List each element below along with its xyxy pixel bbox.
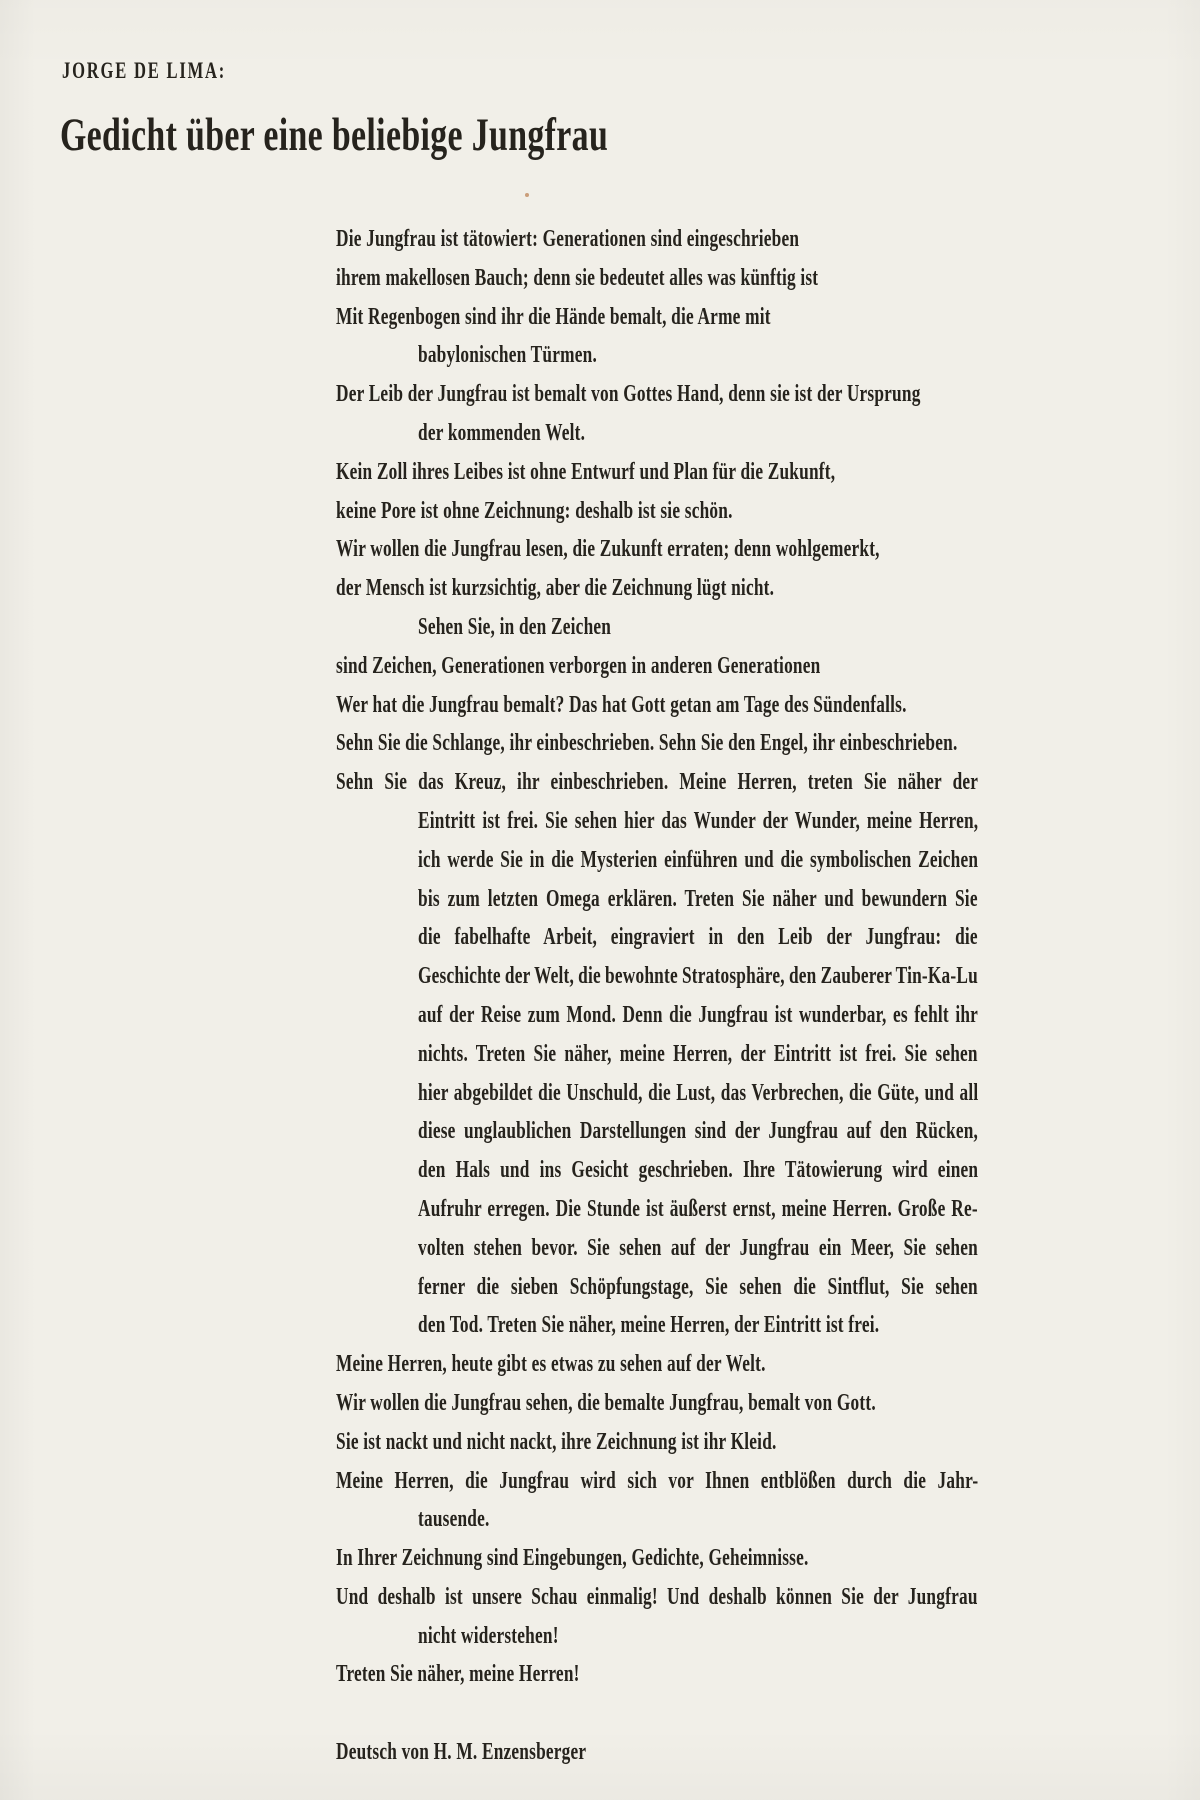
poem-line: Sehn Sie das Kreuz, ihr einbeschrieben. … (336, 763, 1200, 802)
poem-line-text: Sie ist nackt und nicht nackt, ihre Zeic… (336, 1423, 777, 1462)
scanned-poem-page: JORGE DE LIMA: Gedicht über eine beliebi… (0, 0, 1200, 1800)
poem-line: hier abgebildet die Unschuld, die Lust, … (336, 1074, 1200, 1113)
poem-line-text: sind Zeichen, Generationen verborgen in … (336, 647, 820, 686)
poem-line: ich werde Sie in die Mysterien einführen… (336, 841, 1200, 880)
poem-line-text: nichts. Treten Sie näher, meine Herren, … (418, 1035, 978, 1074)
poem-line: Und deshalb ist unsere Schau einmalig! U… (336, 1578, 1200, 1617)
poem-line-text: Und deshalb ist unsere Schau einmalig! U… (336, 1578, 978, 1617)
poem-line: die fabelhafte Arbeit, eingraviert in de… (336, 918, 1200, 957)
poem-line-text: auf der Reise zum Mond. Denn die Jungfra… (418, 996, 978, 1035)
poem-line: ihrem makellosen Bauch; denn sie bedeute… (336, 259, 1200, 298)
poem-line-text: Geschichte der Welt, die bewohnte Strato… (418, 957, 978, 996)
poem-line: Sehn Sie die Schlange, ihr einbeschriebe… (336, 724, 1200, 763)
poem-line-text: Sehn Sie das Kreuz, ihr einbeschrieben. … (336, 763, 978, 802)
poem-line-text: ich werde Sie in die Mysterien einführen… (418, 841, 978, 880)
poem-line: Aufruhr erregen. Die Stunde ist äußerst … (336, 1190, 1200, 1229)
paper-speck (525, 193, 529, 197)
poem-line-text: Der Leib der Jungfrau ist bemalt von Got… (336, 375, 921, 414)
poem-line: Mit Regenbogen sind ihr die Hände bemalt… (336, 298, 1200, 337)
poem-line-text: der Mensch ist kurzsichtig, aber die Zei… (336, 569, 774, 608)
poem-line-text: Die Jungfrau ist tätowiert: Generationen… (336, 220, 799, 259)
poem-line-text: keine Pore ist ohne Zeichnung: deshalb i… (336, 492, 733, 531)
poem-line: diese unglaublichen Darstellungen sind d… (336, 1112, 1200, 1151)
poem-line-text: Treten Sie näher, meine Herren! (336, 1655, 580, 1694)
poem-line-text: Wer hat die Jungfrau bemalt? Das hat Got… (336, 686, 907, 725)
poem-line-text: der kommenden Welt. (418, 414, 585, 453)
poem-line: Kein Zoll ihres Leibes ist ohne Entwurf … (336, 453, 1200, 492)
poem-line-text: Sehen Sie, in den Zeichen (418, 608, 611, 647)
poem-line: Geschichte der Welt, die bewohnte Strato… (336, 957, 1200, 996)
poem-line: der kommenden Welt. (336, 414, 1200, 453)
poem-line-text: Sehn Sie die Schlange, ihr einbeschriebe… (336, 724, 957, 763)
poem-line-text: hier abgebildet die Unschuld, die Lust, … (418, 1074, 978, 1113)
poem-line-text: ferner die sieben Schöpfungstage, Sie se… (418, 1268, 978, 1307)
poem-line: volten stehen bevor. Sie sehen auf der J… (336, 1229, 1200, 1268)
poem-line-text: Meine Herren, heute gibt es etwas zu seh… (336, 1345, 766, 1384)
poem-line: Sehen Sie, in den Zeichen (336, 608, 1200, 647)
author-kicker: JORGE DE LIMA: (62, 58, 290, 84)
poem-line-text: den Tod. Treten Sie näher, meine Herren,… (418, 1306, 879, 1345)
poem-line: den Tod. Treten Sie näher, meine Herren,… (336, 1306, 1200, 1345)
poem-line: tausende. (336, 1500, 1200, 1539)
poem-line: der Mensch ist kurzsichtig, aber die Zei… (336, 569, 1200, 608)
poem-line: Der Leib der Jungfrau ist bemalt von Got… (336, 375, 1200, 414)
poem-line: den Hals und ins Gesicht geschrieben. Ih… (336, 1151, 1200, 1190)
page-title: Gedicht über eine beliebige Jungfrau (60, 108, 821, 162)
poem-line: nicht widerstehen! (336, 1617, 1200, 1656)
poem-line-text: nicht widerstehen! (418, 1617, 559, 1656)
translator-credit: Deutsch von H. M. Enzensberger (336, 1733, 684, 1772)
poem-line-text: Wir wollen die Jungfrau lesen, die Zukun… (336, 530, 880, 569)
poem-line-text: diese unglaublichen Darstellungen sind d… (418, 1112, 978, 1151)
poem-line: Sie ist nackt und nicht nackt, ihre Zeic… (336, 1423, 1200, 1462)
poem-line-text: ihrem makellosen Bauch; denn sie bedeute… (336, 259, 818, 298)
poem-line-text: tausende. (418, 1500, 490, 1539)
poem-line: keine Pore ist ohne Zeichnung: deshalb i… (336, 492, 1200, 531)
poem-line-text: In Ihrer Zeichnung sind Eingebungen, Ged… (336, 1539, 809, 1578)
author-kicker-text: JORGE DE LIMA: (62, 58, 226, 84)
poem-line-text: Eintritt ist frei. Sie sehen hier das Wu… (418, 802, 978, 841)
poem-line-text: bis zum letzten Omega erklären. Treten S… (418, 880, 978, 919)
poem-line: Die Jungfrau ist tätowiert: Generationen… (336, 220, 1200, 259)
poem-line-text: Mit Regenbogen sind ihr die Hände bemalt… (336, 298, 771, 337)
poem-line: Wir wollen die Jungfrau sehen, die bemal… (336, 1384, 1200, 1423)
translator-credit-text: Deutsch von H. M. Enzensberger (336, 1733, 586, 1772)
poem-line: Eintritt ist frei. Sie sehen hier das Wu… (336, 802, 1200, 841)
poem-line-text: den Hals und ins Gesicht geschrieben. Ih… (418, 1151, 978, 1190)
poem-line-text: Meine Herren, die Jungfrau wird sich vor… (336, 1462, 978, 1501)
poem-line: Meine Herren, heute gibt es etwas zu seh… (336, 1345, 1200, 1384)
poem-line: bis zum letzten Omega erklären. Treten S… (336, 880, 1200, 919)
poem-line: Wer hat die Jungfrau bemalt? Das hat Got… (336, 686, 1200, 725)
poem-line: ferner die sieben Schöpfungstage, Sie se… (336, 1268, 1200, 1307)
poem-line-text: Wir wollen die Jungfrau sehen, die bemal… (336, 1384, 876, 1423)
page-title-text: Gedicht über eine beliebige Jungfrau (60, 108, 608, 162)
poem-line: In Ihrer Zeichnung sind Eingebungen, Ged… (336, 1539, 1200, 1578)
poem-line-text: Aufruhr erregen. Die Stunde ist äußerst … (418, 1190, 978, 1229)
poem-line: Meine Herren, die Jungfrau wird sich vor… (336, 1462, 1200, 1501)
poem-line-text: die fabelhafte Arbeit, eingraviert in de… (418, 918, 978, 957)
poem-line-text: Kein Zoll ihres Leibes ist ohne Entwurf … (336, 453, 835, 492)
poem-line: babylonischen Türmen. (336, 336, 1200, 375)
poem-line: Treten Sie näher, meine Herren! (336, 1655, 1200, 1694)
poem-line: auf der Reise zum Mond. Denn die Jungfra… (336, 996, 1200, 1035)
poem-body: Die Jungfrau ist tätowiert: Generationen… (336, 220, 1200, 1694)
poem-line-text: babylonischen Türmen. (418, 336, 597, 375)
poem-line: sind Zeichen, Generationen verborgen in … (336, 647, 1200, 686)
poem-line: nichts. Treten Sie näher, meine Herren, … (336, 1035, 1200, 1074)
poem-line: Wir wollen die Jungfrau lesen, die Zukun… (336, 530, 1200, 569)
poem-line-text: volten stehen bevor. Sie sehen auf der J… (418, 1229, 978, 1268)
